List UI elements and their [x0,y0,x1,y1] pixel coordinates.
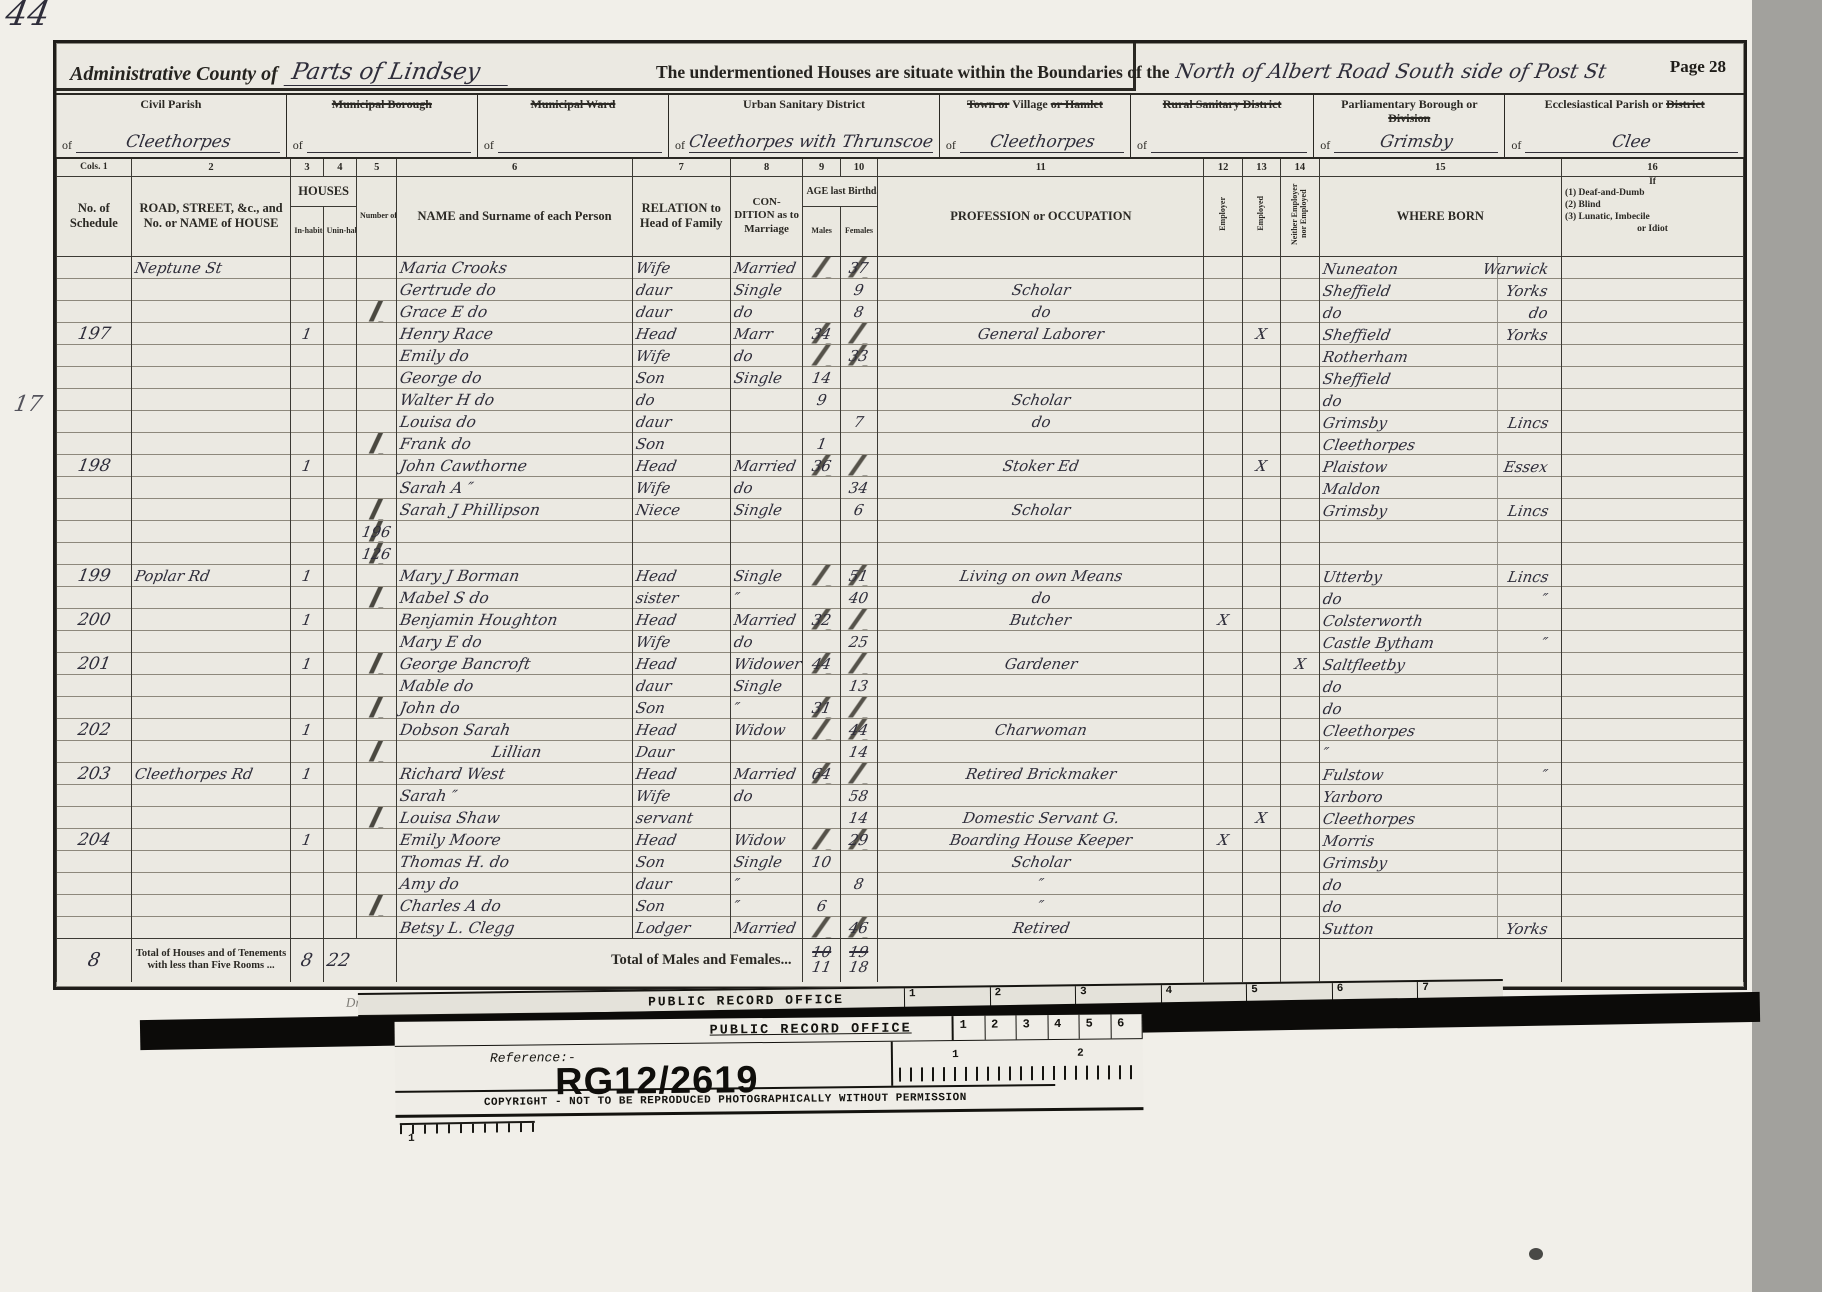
mini-ruler: 1 [400,1121,535,1147]
cell-rel: Wife [632,256,730,278]
cell-f: 25 [840,630,877,652]
region-value-row: of [293,137,471,153]
cell-o [878,784,1204,806]
cell-m: 32 [803,608,840,630]
cell-e3 [1281,762,1319,784]
cell-rm [356,806,396,828]
totals-houses-label: Total of Houses and of Tenements with le… [131,938,291,982]
cell-e3 [1281,740,1319,762]
cell-b: Colsterworth [1319,608,1561,630]
boundaries-value: North of Albert Road South side of Post … [1173,59,1607,83]
cell-b: Grimsby [1319,850,1561,872]
cell-inf [1562,564,1744,586]
region-label: Town or Village or Hamlet [946,98,1124,112]
cell-e3 [1281,344,1319,366]
cell-b: do [1319,674,1561,696]
of-label: of [1137,138,1147,153]
cell-b: do″ [1319,586,1561,608]
region-value-row: ofCleethorpes [62,134,280,153]
cell-c: Single [730,674,803,696]
cell-c: do [730,630,803,652]
header-employer: Employer [1204,176,1242,256]
cell-m [803,520,840,542]
cell-b: do [1319,696,1561,718]
header-name: NAME and Surname of each Person [397,176,632,256]
cell-inf [1562,828,1744,850]
region-cell: Urban Sanitary DistrictofCleethorpes wit… [669,95,940,157]
cell-b: SheffieldYorks [1319,278,1561,300]
card-reference-area: Reference:- RG12/2619 [395,1042,891,1091]
cell-s [57,542,132,564]
cell-o: ″ [878,872,1204,894]
cell-i [291,872,323,894]
cell-c [730,806,803,828]
cell-s: 201 [57,652,132,674]
card-ruler-number: 5 [1080,1014,1112,1038]
cell-rm [356,322,396,344]
region-cell: Civil ParishofCleethorpes [56,95,287,157]
col-number: Cols. 1 [57,159,132,176]
cell-o: do [878,300,1204,322]
cell-f [840,608,877,630]
census-row: Mable dodaurSingle13do [57,674,1744,696]
cell-rd [131,630,291,652]
cell-f [840,432,877,454]
cell-m: 1 [803,432,840,454]
cell-e1 [1204,784,1242,806]
cell-e3: X [1281,652,1319,674]
cell-e2 [1242,872,1280,894]
cell-o [878,542,1204,564]
region-label: Municipal Borough [293,98,471,112]
cell-i [291,784,323,806]
cell-f: 40 [840,586,877,608]
cell-b: GrimsbyLincs [1319,410,1561,432]
cell-e1 [1204,564,1242,586]
cell-f: 29 [840,828,877,850]
cell-f [840,696,877,718]
cell-s [57,278,132,300]
cell-rel: Wife [632,630,730,652]
cell-n: Emily do [397,344,632,366]
cell-s: 200 [57,608,132,630]
cell-o: Stoker Ed [878,454,1204,476]
cell-e3 [1281,916,1319,938]
cell-i [291,630,323,652]
cell-rd [131,696,291,718]
cell-e3 [1281,498,1319,520]
col-number: 10 [840,159,877,176]
cell-u [323,520,356,542]
cell-inf [1562,806,1744,828]
ruler-sub-number: 2 [1077,1048,1084,1060]
region-cell: Rural Sanitary Districtof [1131,95,1314,157]
cell-o: ″ [878,894,1204,916]
cell-i [291,674,323,696]
cell-rm [356,916,396,938]
totals-empty [878,938,1204,982]
cell-f: 14 [840,740,877,762]
cell-e1: X [1204,828,1242,850]
cell-e2 [1242,278,1280,300]
scan-blemish [1529,1248,1543,1260]
region-value: Clee [1611,134,1653,152]
cell-i [291,894,323,916]
census-row: Amy dodaur″8″do [57,872,1744,894]
cell-m [803,718,840,740]
cell-u [323,278,356,300]
region-label-part: Town or [967,97,1009,111]
cell-e3 [1281,608,1319,630]
cell-b: Morris [1319,828,1561,850]
region-label-part: Village [1012,97,1048,111]
cell-e1 [1204,872,1242,894]
cell-c [730,388,803,410]
cell-m [803,806,840,828]
cell-i: 1 [291,454,323,476]
cell-rel: Son [632,432,730,454]
cell-e1 [1204,894,1242,916]
cell-rm [356,476,396,498]
census-row: George doSonSingle14Sheffield [57,366,1744,388]
header-rooms: Number of rooms occupied if less than fi… [356,176,396,256]
region-label-part: Division [1388,111,1430,125]
cell-n: John do [397,696,632,718]
cell-e1 [1204,916,1242,938]
cell-rm [356,432,396,454]
cell-rel: Head [632,718,730,740]
cell-rel: Wife [632,344,730,366]
cell-i [291,740,323,762]
region-label-part: or Hamlet [1051,97,1103,111]
census-row: Neptune StMaria CrooksWifeMarried37Nunea… [57,256,1744,278]
cell-e3 [1281,806,1319,828]
totals-schedule-count: 8 [57,938,132,982]
card-ruler-number: 6 [1111,1014,1143,1038]
census-row: 2001Benjamin HoughtonHeadMarried32Butche… [57,608,1744,630]
cell-rd [131,586,291,608]
cell-rm [356,344,396,366]
cell-e3 [1281,388,1319,410]
cell-rd [131,344,291,366]
cell-e2 [1242,300,1280,322]
cell-rel: Head [632,828,730,850]
cell-c: ″ [730,586,803,608]
cell-i: 1 [291,762,323,784]
region-value-row: ofGrimsby [1320,134,1498,153]
cell-rd [131,432,291,454]
cell-e3 [1281,432,1319,454]
cell-e2 [1242,586,1280,608]
table-body: Neptune StMaria CrooksWifeMarried37Nunea… [57,256,1744,938]
col-number: 16 [1562,159,1744,176]
cell-c [730,432,803,454]
cell-m: 64 [803,762,840,784]
col-number: 6 [397,159,632,176]
cell-u [323,410,356,432]
boundaries-label: The undermentioned Houses are situate wi… [656,62,1170,83]
cell-o [878,344,1204,366]
region-label: Parliamentary Borough or Division [1320,98,1498,126]
cell-u [323,256,356,278]
cell-s [57,630,132,652]
cell-rd [131,740,291,762]
cell-m: 14 [803,366,840,388]
cell-e2 [1242,608,1280,630]
cell-e1 [1204,300,1242,322]
region-label-part: Municipal Borough [332,97,432,111]
cell-s [57,806,132,828]
cell-inf [1562,784,1744,806]
cell-i [291,498,323,520]
cell-e3 [1281,696,1319,718]
cell-n [397,520,632,542]
cell-m: 36 [803,454,840,476]
cell-e3 [1281,894,1319,916]
cell-f [840,762,877,784]
cell-n: John Cawthorne [397,454,632,476]
header-condition: CON-DITION as to Marriage [730,176,803,256]
cell-u [323,542,356,564]
cell-b: UtterbyLincs [1319,564,1561,586]
cell-i [291,916,323,938]
cell-n: Louisa do [397,410,632,432]
cell-rel: do [632,388,730,410]
cell-e3 [1281,454,1319,476]
cell-i [291,344,323,366]
cell-f: 46 [840,916,877,938]
column-numbers-row: Cols. 1 2 3 4 5 6 7 8 9 10 11 12 13 14 1… [57,159,1744,176]
census-row: 1971Henry RaceHeadMarr34General LaborerX… [57,322,1744,344]
cell-c: Single [730,498,803,520]
cell-f: 37 [840,256,877,278]
cell-m [803,630,840,652]
cell-o: Living on own Means [878,564,1204,586]
cell-rel: Son [632,894,730,916]
totals-houses-rooms: 22 [323,938,397,982]
cell-c: Married [730,916,803,938]
cell-i [291,476,323,498]
cell-o [878,740,1204,762]
header-females: Females [840,206,877,256]
cell-rm [356,850,396,872]
cell-u [323,586,356,608]
cell-e1 [1204,806,1242,828]
cell-n: Mary E do [397,630,632,652]
cell-rd: Neptune St [131,256,291,278]
cell-inf [1562,278,1744,300]
cell-m: 10 [803,850,840,872]
card-ruler-number: 3 [1017,1015,1049,1039]
cell-n: Sarah ″ [397,784,632,806]
cell-rd [131,806,291,828]
cell-e3 [1281,718,1319,740]
cell-s [57,344,132,366]
cell-e3 [1281,410,1319,432]
of-label: of [1320,138,1330,153]
cell-inf [1562,586,1744,608]
cell-u [323,344,356,366]
cell-i: 1 [291,718,323,740]
cell-f: 8 [840,872,877,894]
cell-rm [356,410,396,432]
cell-u [323,850,356,872]
cell-rd [131,498,291,520]
cell-u [323,872,356,894]
cell-s [57,366,132,388]
cell-rm [356,388,396,410]
cell-rel: Wife [632,476,730,498]
cell-e3 [1281,828,1319,850]
cell-rel: Son [632,696,730,718]
cell-n: Lillian [397,740,632,762]
cell-e2 [1242,630,1280,652]
cell-e3 [1281,784,1319,806]
cell-s [57,674,132,696]
cell-b: Cleethorpes [1319,432,1561,454]
cell-n: Grace E do [397,300,632,322]
census-row: 203Cleethorpes Rd1Richard WestHeadMarrie… [57,762,1744,784]
cell-m [803,344,840,366]
cell-o: Retired Brickmaker [878,762,1204,784]
cell-u [323,476,356,498]
cell-rel: Head [632,564,730,586]
cell-c: do [730,344,803,366]
cell-inf [1562,476,1744,498]
cell-m [803,674,840,696]
census-row: 1981John CawthorneHeadMarried36Stoker Ed… [57,454,1744,476]
cell-e1 [1204,630,1242,652]
administrative-county-label: Administrative County of [70,63,278,86]
cell-inf [1562,542,1744,564]
census-row: Sarah J PhillipsonNieceSingle6ScholarGri… [57,498,1744,520]
cell-inf [1562,608,1744,630]
census-row: Sarah ″Wifedo58Yarboro [57,784,1744,806]
cell-c: ″ [730,872,803,894]
ruler-ticks [899,1069,1137,1081]
cell-rel: daur [632,872,730,894]
cell-i [291,520,323,542]
header-where-born: WHERE BORN [1319,176,1561,256]
cell-c: Married [730,454,803,476]
col-number: 15 [1319,159,1561,176]
cell-e2 [1242,476,1280,498]
header-relation: RELATION to Head of Family [632,176,730,256]
cell-o [878,256,1204,278]
cell-s [57,872,132,894]
cell-u [323,740,356,762]
cell-e1 [1204,586,1242,608]
reference-number: RG12/2619 [555,1059,759,1104]
card-ruler-number: 2 [985,1015,1017,1039]
cell-inf [1562,696,1744,718]
cell-u [323,300,356,322]
cell-m [803,256,840,278]
form-header: Administrative County of Parts of Lindse… [56,43,1744,95]
cell-rel: daur [632,300,730,322]
cell-b: do [1319,388,1561,410]
cell-e2 [1242,850,1280,872]
cell-n: Mable do [397,674,632,696]
of-label: of [293,138,303,153]
census-row: Mabel S dosister″40dodo″ [57,586,1744,608]
cell-c: do [730,784,803,806]
cell-o: Domestic Servant G. [878,806,1204,828]
cell-e2 [1242,652,1280,674]
cell-rel: Head [632,652,730,674]
cell-rm [356,586,396,608]
cell-c [730,410,803,432]
card-ruler-numbers: 123456 [952,1014,1143,1040]
cell-i [291,388,323,410]
cell-i: 1 [291,564,323,586]
cell-f: 44 [840,718,877,740]
cell-s [57,432,132,454]
cell-rel: Wife [632,784,730,806]
cell-e2 [1242,696,1280,718]
cell-rel: sister [632,586,730,608]
col-number: 14 [1281,159,1319,176]
cell-rel: Head [632,608,730,630]
cell-e2 [1242,784,1280,806]
cell-c [730,520,803,542]
cell-s: 199 [57,564,132,586]
census-row: John doSon″31do [57,696,1744,718]
cell-f [840,520,877,542]
cell-e1 [1204,740,1242,762]
cell-rel: Head [632,762,730,784]
of-label: of [675,138,685,153]
cell-u [323,322,356,344]
cell-inf [1562,872,1744,894]
cell-e3 [1281,564,1319,586]
cell-rm [356,696,396,718]
cell-rd [131,542,291,564]
cell-rd [131,366,291,388]
cell-b: Yarboro [1319,784,1561,806]
cell-c: Widow [730,828,803,850]
cell-rd: Poplar Rd [131,564,291,586]
region-cell: Parliamentary Borough or DivisionofGrims… [1314,95,1505,157]
of-label: of [946,138,956,153]
totals-empty [1319,938,1561,982]
cell-inf [1562,344,1744,366]
cell-o: Charwoman [878,718,1204,740]
region-label: Ecclesiastical Parish or District [1511,98,1738,112]
cell-e2 [1242,564,1280,586]
region-label-part: Civil Parish [140,97,201,111]
cell-n: Walter H do [397,388,632,410]
cell-e1 [1204,388,1242,410]
cell-i [291,850,323,872]
cell-i: 1 [291,608,323,630]
cell-b: SheffieldYorks [1319,322,1561,344]
cell-f [840,850,877,872]
cell-e1 [1204,432,1242,454]
cell-c: ″ [730,894,803,916]
census-row: Charles A doSon″6″do [57,894,1744,916]
cell-e1 [1204,718,1242,740]
cell-rd [131,322,291,344]
cell-rd [131,300,291,322]
region-label-part: Municipal Ward [531,97,616,111]
cell-f: 9 [840,278,877,300]
cell-rm [356,762,396,784]
cell-b: Maldon [1319,476,1561,498]
cell-rel: Head [632,454,730,476]
cell-b: Castle Bytham″ [1319,630,1561,652]
cell-rd [131,388,291,410]
